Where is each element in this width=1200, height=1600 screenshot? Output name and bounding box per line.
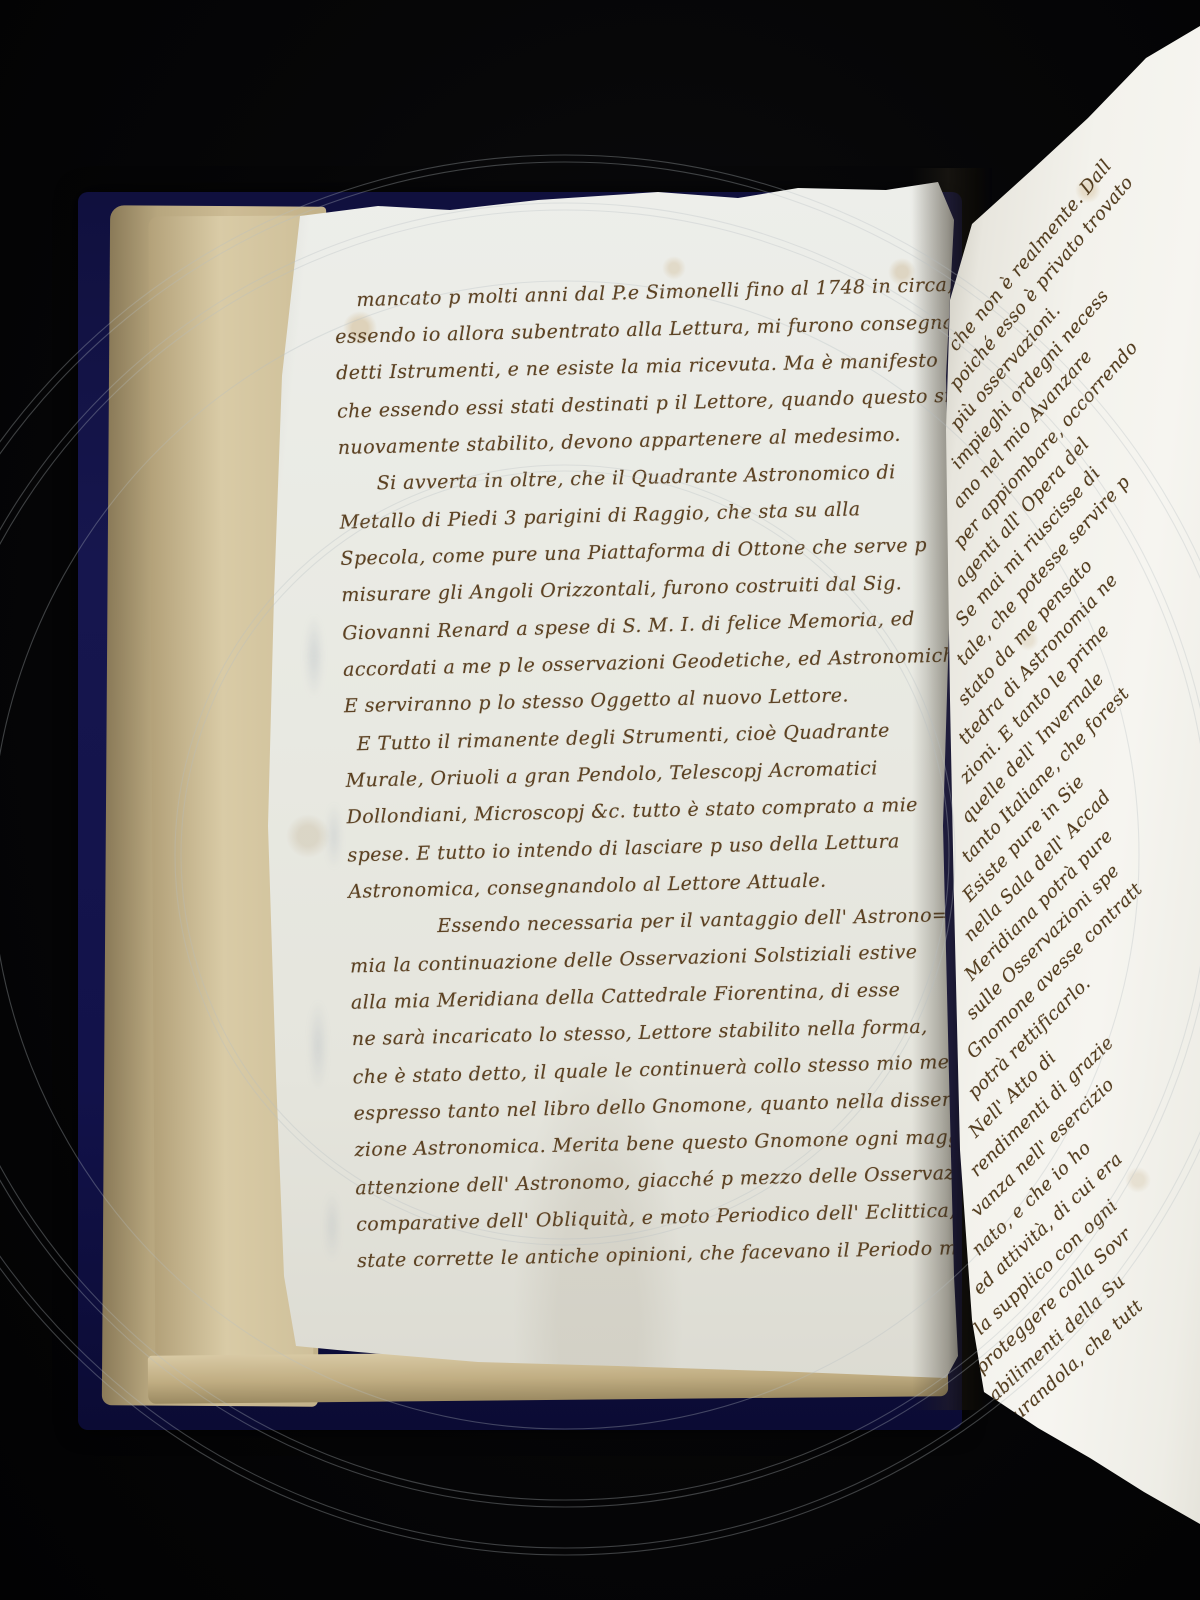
left-page-handwriting: mancato p molti anni dal P.e Simonelli f… — [334, 267, 989, 1281]
left-page: mancato p molti anni dal P.e Simonelli f… — [238, 176, 962, 1388]
manuscript-photograph: mancato p molti anni dal P.e Simonelli f… — [0, 0, 1200, 1600]
